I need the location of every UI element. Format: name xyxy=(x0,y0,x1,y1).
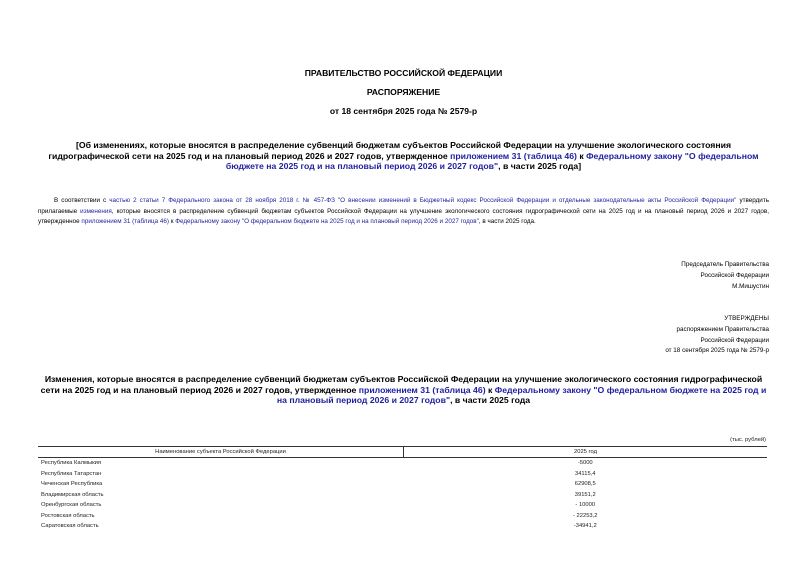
amount-2025: 34115,4 xyxy=(404,469,768,480)
annex-heading-text: к xyxy=(486,385,495,395)
region-name: Саратовская область xyxy=(38,521,404,532)
intro-heading-text: к xyxy=(577,151,586,161)
column-header-region: Наименование субъекта Российской Федерац… xyxy=(38,447,404,458)
region-name: Чеченская Республика xyxy=(38,479,404,490)
region-name: Оренбургская область xyxy=(38,500,404,511)
link-changes[interactable]: изменения xyxy=(80,208,112,215)
amount-2025: 39151,2 xyxy=(404,490,768,501)
table-row: Владимирская область39151,2 xyxy=(38,490,767,501)
column-header-2025: 2025 год xyxy=(404,447,768,458)
region-name: Республика Калмыкия xyxy=(38,458,404,469)
amount-2025: - 22253,2 xyxy=(404,511,768,522)
subsidy-table: Наименование субъекта Российской Федерац… xyxy=(38,446,767,532)
link-law-457[interactable]: частью 2 статьи 7 Федерального закона от… xyxy=(109,197,736,204)
amount-2025: - 10000 xyxy=(404,500,768,511)
amount-2025: -34941,2 xyxy=(404,521,768,532)
link-federal-law[interactable]: Федеральному закону "О федеральном бюдже… xyxy=(175,218,479,225)
approval-line: Российской Федерации xyxy=(665,336,769,347)
table-row: Ростовская область- 22253,2 xyxy=(38,511,767,522)
region-name: Республика Татарстан xyxy=(38,469,404,480)
table-row: Оренбургская область- 10000 xyxy=(38,500,767,511)
signature-country: Российской Федерации xyxy=(681,271,769,282)
preamble-text: , в части 2025 года. xyxy=(479,218,536,225)
link-appendix-31[interactable]: приложением 31 (таблица 46) xyxy=(450,151,577,161)
document-type: РАСПОРЯЖЕНИЕ xyxy=(0,87,807,97)
table-row: Республика Калмыкия-5000 xyxy=(38,458,767,469)
region-name: Ростовская область xyxy=(38,511,404,522)
region-name: Владимирская область xyxy=(38,490,404,501)
preamble-paragraph: В соответствии с частью 2 статьи 7 Федер… xyxy=(38,196,769,228)
table-row: Чеченская Республика62908,5 xyxy=(38,479,767,490)
signature-block: Председатель Правительства Российской Фе… xyxy=(681,260,769,292)
table-row: Саратовская область-34941,2 xyxy=(38,521,767,532)
approval-title: УТВЕРЖДЕНЫ xyxy=(665,314,769,325)
signature-position: Председатель Правительства xyxy=(681,260,769,271)
intro-heading: [Об изменениях, которые вносятся в распр… xyxy=(38,140,769,172)
intro-heading-text: , в части 2025 года] xyxy=(498,161,581,171)
table-row: Республика Татарстан34115,4 xyxy=(38,469,767,480)
annex-heading: Изменения, которые вносятся в распределе… xyxy=(38,374,769,406)
link-appendix-31[interactable]: приложением 31 (таблица 46) xyxy=(81,218,169,225)
annex-heading-text: , в части 2025 года xyxy=(450,395,530,405)
government-title: ПРАВИТЕЛЬСТВО РОССИЙСКОЙ ФЕДЕРАЦИИ xyxy=(0,68,807,78)
table-units: (тыс. рублей) xyxy=(730,437,766,443)
document-date-number: от 18 сентября 2025 года № 2579-р xyxy=(0,106,807,116)
amount-2025: 62908,5 xyxy=(404,479,768,490)
approval-line: распоряжением Правительства xyxy=(665,325,769,336)
table-header-row: Наименование субъекта Российской Федерац… xyxy=(38,447,767,458)
link-appendix-31[interactable]: приложением 31 (таблица 46) xyxy=(359,385,486,395)
approval-stamp: УТВЕРЖДЕНЫ распоряжением Правительства Р… xyxy=(665,314,769,357)
preamble-text: В соответствии с xyxy=(54,197,109,204)
amount-2025: -5000 xyxy=(404,458,768,469)
signature-name: М.Мишустин xyxy=(681,282,769,293)
approval-date: от 18 сентября 2025 года № 2579-р xyxy=(665,346,769,357)
